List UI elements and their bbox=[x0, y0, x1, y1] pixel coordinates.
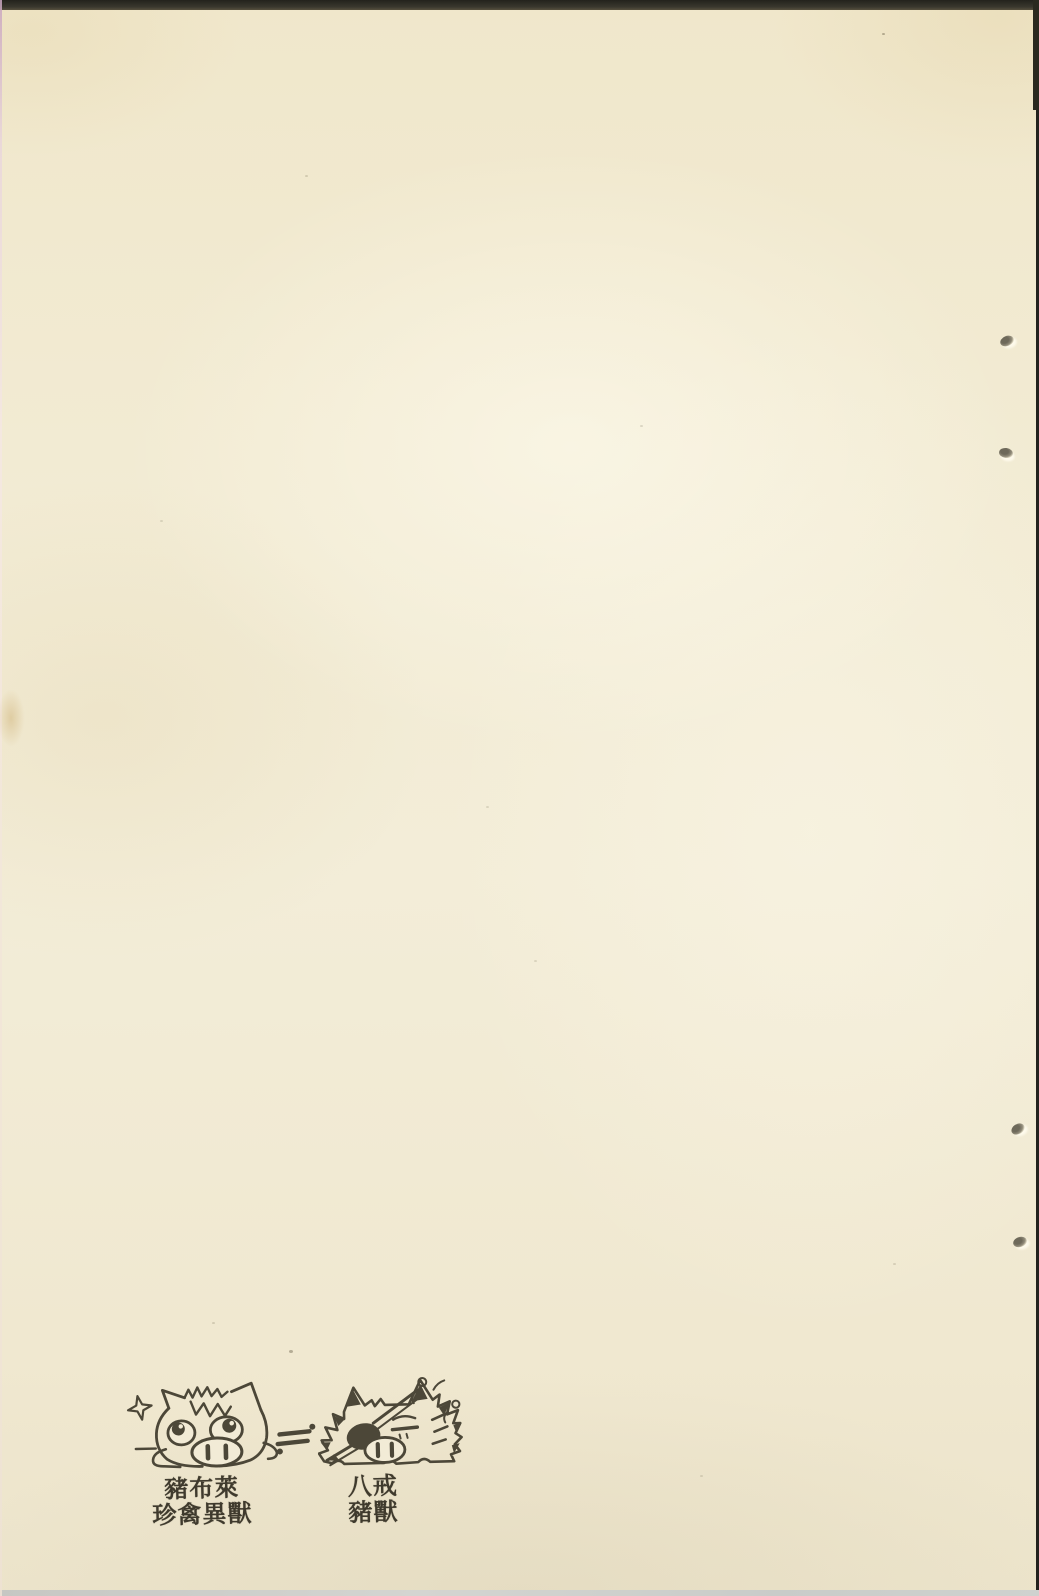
caption-subtitle: 珍禽異獸 bbox=[127, 1500, 278, 1530]
paper-speck bbox=[700, 1475, 703, 1477]
paper-speck bbox=[640, 425, 643, 427]
paper-speck bbox=[212, 1322, 215, 1324]
binding-hole-mark bbox=[998, 447, 1013, 459]
left-character-caption: 豬布萊 珍禽異獸 bbox=[126, 1474, 277, 1530]
scan-border-right-top bbox=[1033, 0, 1039, 110]
motion-line bbox=[433, 1380, 444, 1389]
caption-subtitle: 豬獸 bbox=[318, 1498, 429, 1527]
pig-character-drawing bbox=[120, 1378, 287, 1472]
pig-left-ear bbox=[162, 1390, 184, 1409]
paper-speck bbox=[893, 1263, 896, 1265]
sleepy-eye bbox=[392, 1416, 418, 1439]
beast-snout bbox=[365, 1437, 406, 1463]
scanned-book-page: ≒ bbox=[0, 0, 1039, 1596]
approx-top-dot bbox=[309, 1424, 315, 1430]
paper-speck bbox=[289, 1350, 293, 1353]
binding-hole-mark bbox=[1009, 1121, 1026, 1137]
pig-bangs bbox=[191, 1401, 231, 1417]
paper-stain bbox=[0, 678, 30, 758]
drowsy-bubble bbox=[452, 1400, 459, 1407]
binding-hole-mark bbox=[1012, 1235, 1028, 1249]
pig-right-ear bbox=[231, 1383, 261, 1411]
pig-snout bbox=[192, 1437, 243, 1466]
eyepatch-pig-character-drawing bbox=[316, 1371, 468, 1470]
binding-hole-mark bbox=[999, 334, 1016, 349]
paper-speck bbox=[160, 520, 163, 522]
beast-stripes bbox=[432, 1414, 448, 1443]
pig-hair bbox=[184, 1387, 227, 1398]
scan-border-top bbox=[0, 0, 1039, 10]
paper-speck bbox=[882, 33, 885, 35]
paper-speck bbox=[534, 960, 537, 962]
scan-border-bottom bbox=[0, 1590, 1039, 1596]
right-character-caption: 八戒 豬獸 bbox=[317, 1472, 428, 1527]
scan-border-left bbox=[0, 0, 2, 1596]
paper-speck bbox=[305, 175, 308, 177]
sparkle-star-icon bbox=[126, 1394, 154, 1422]
paper-speck bbox=[486, 806, 489, 808]
comic-footer-illustration: ≒ bbox=[108, 1360, 492, 1549]
